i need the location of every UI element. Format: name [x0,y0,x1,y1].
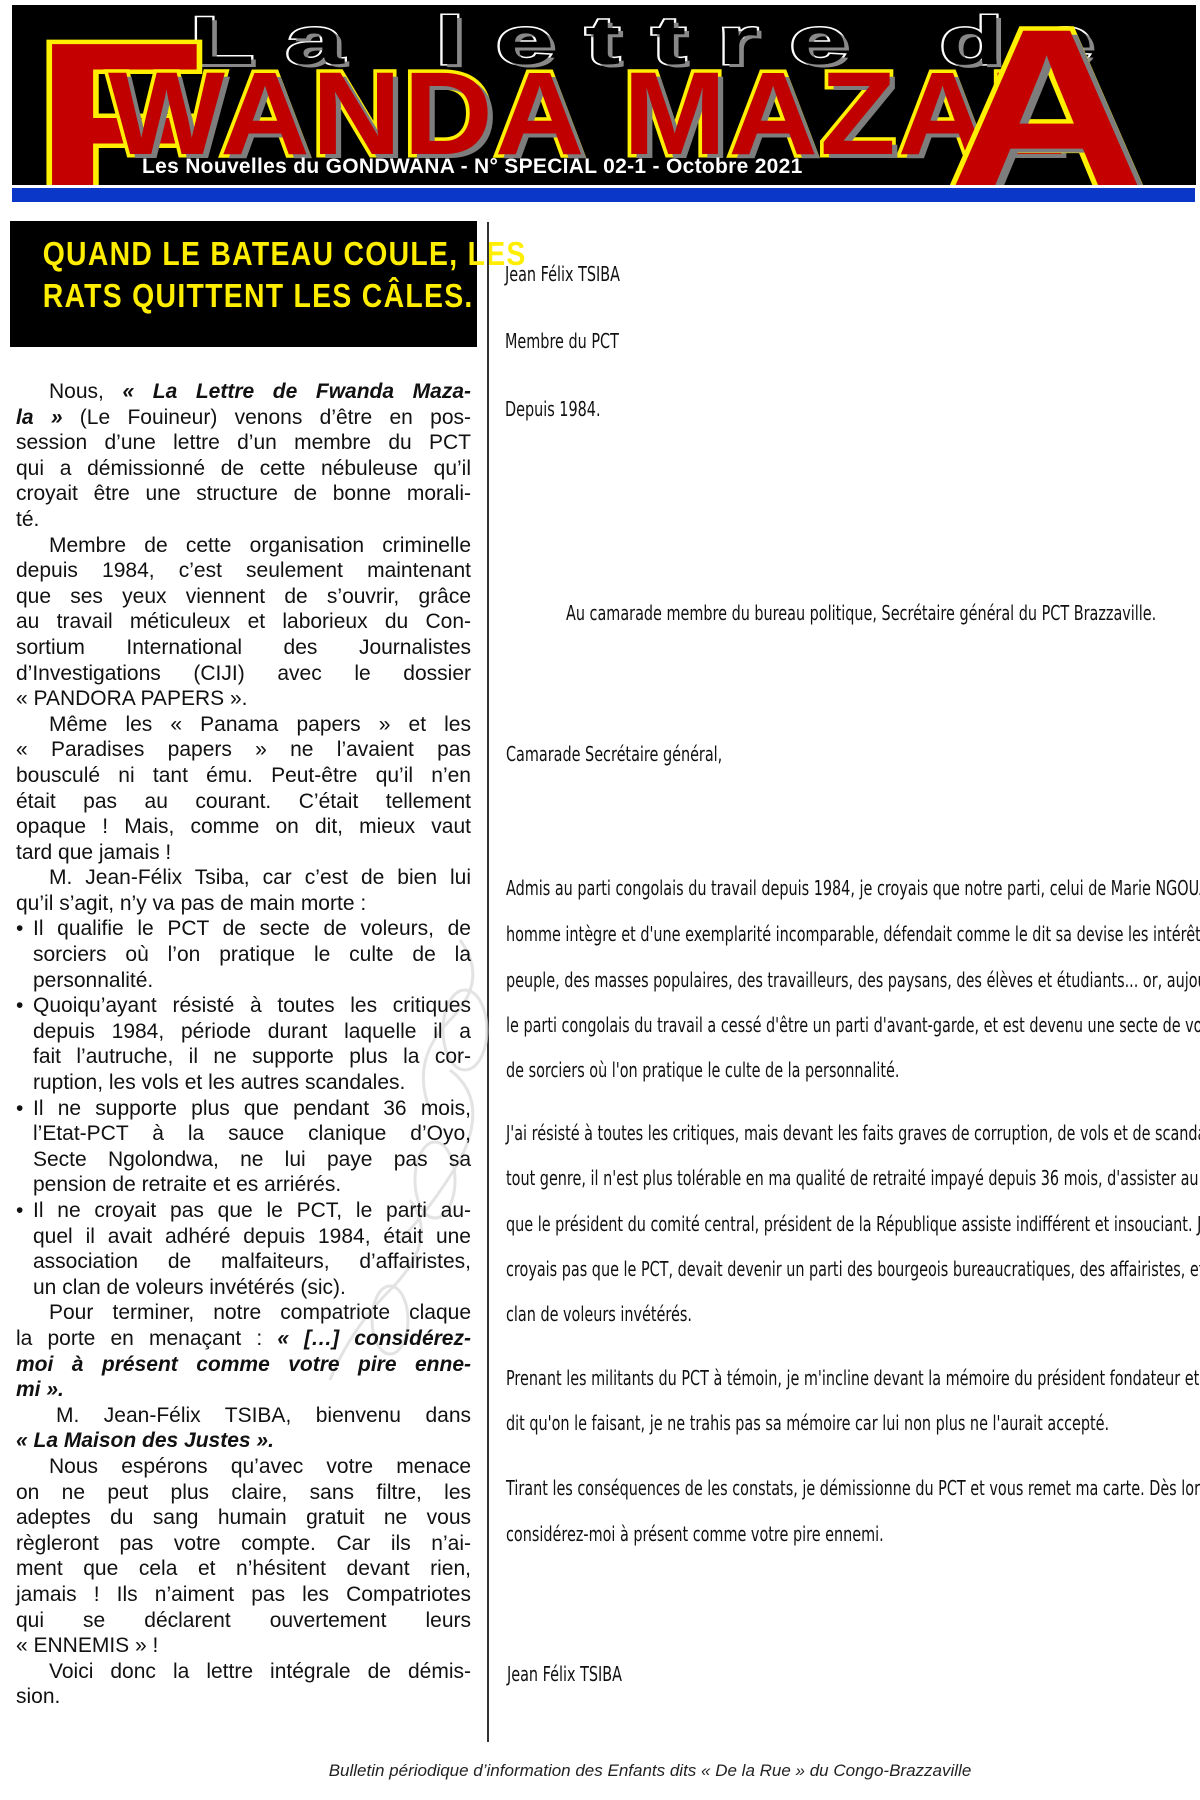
article-line: « La Maison des Justes ». [16,1428,471,1454]
article-text: au travail méticuleux et laborieux du Co… [16,610,471,633]
article-text: depuis 1984, période durant laquelle il … [33,1020,471,1043]
article-line: opaque ! Mais, comme on dit, mieux vaut [16,814,471,840]
letter-signature: Jean Félix TSIBA [507,1662,622,1686]
article-line: mi ». [16,1377,471,1403]
article-text: Il ne supporte plus que pendant 36 mois, [33,1097,471,1120]
article-text: sorciers où l’on pratique le culte de la [33,943,471,966]
article-line: qu’il s’agit, n’y va pas de main morte : [16,891,471,917]
article-text: Même les « Panama papers » et les [49,713,471,736]
bullet-list-item-line: •Il ne croyait pas que le PCT, le parti … [16,1198,471,1224]
article-line: personnalité. [16,968,471,994]
article-text: depuis 1984, c’est seulement maintenant [16,559,471,582]
article-text: Nous, [49,380,122,403]
article-text: « ENNEMIS » ! [16,1634,158,1657]
bullet-icon: • [16,916,23,942]
letter-line: dit qu'on le faisant, je ne trahis pas s… [506,1411,1109,1435]
article-text: pension de retraite et es arriérés. [33,1173,341,1196]
article-text: « PANDORA PAPERS ». [16,687,247,710]
article-line: pension de retraite et es arriérés. [16,1172,471,1198]
article-line: Voici donc la lettre intégrale de démis- [16,1659,471,1685]
article-line: qui se déclarent ouvertement leurs [16,1608,471,1634]
article-text: Voici donc la lettre intégrale de démis- [49,1660,471,1683]
article-line: Membre de cette organisation criminelle [16,533,471,559]
headline-line-1: Quand le bateau coule, les [43,233,445,275]
article-text: ruption, les vols et les autres scandale… [33,1071,405,1094]
masthead: La lettre de F WANDA MAZAL A Les Nouvell… [12,5,1196,185]
article-line: « Paradises papers » ne l’avaient pas [16,737,471,763]
article-text: jamais ! Ils n’aiment pas les Compatriot… [16,1583,471,1606]
article-text: association de malfaiteurs, d’affairiste… [33,1250,471,1273]
letter-sender-since: Depuis 1984. [505,397,601,421]
article-line: croyait être une structure de bonne mora… [16,481,471,507]
letter-recipient: Au camarade membre du bureau politique, … [566,601,1156,625]
article-line: tard que jamais ! [16,840,471,866]
article-line: Pour terminer, notre compatriote claque [16,1300,471,1326]
article-text: session d’une lettre d’un membre du PCT [16,431,471,454]
masthead-title-final: A [947,5,1146,185]
article-line: session d’une lettre d’un membre du PCT [16,430,471,456]
letter-salutation: Camarade Secrétaire général, [506,742,722,766]
article-text: « Paradises papers » ne l’avaient pas [16,738,471,761]
article-text: mi ». [16,1378,64,1401]
article-line: Nous espérons qu’avec votre menace [16,1454,471,1480]
article-text: Nous espérons qu’avec votre menace [49,1455,471,1478]
article-text: adeptes du sang humain gratuit ne vous [16,1506,471,1529]
bullet-list-item-line: •Il qualifie le PCT de secte de voleurs,… [16,916,471,942]
article-line: adeptes du sang humain gratuit ne vous [16,1505,471,1531]
article-text: sortium International des Journalistes [16,636,471,659]
headline-line-2: rats quittent les câles. [43,275,445,317]
article-line: association de malfaiteurs, d’affairiste… [16,1249,471,1275]
article-text: « La Maison des Justes ». [16,1429,274,1452]
article-line: té. [16,507,471,533]
article-line: que ses yeux viennent de s’ouvrir, grâce [16,584,471,610]
bullet-icon: • [16,993,23,1019]
article-text: M. Jean-Félix TSIBA, bienvenu dans [56,1404,471,1427]
article-text: la » [16,406,63,429]
article-line: « ENNEMIS » ! [16,1633,471,1659]
article-text: tard que jamais ! [16,841,171,864]
article-line: Nous, « La Lettre de Fwanda Maza- [16,379,471,405]
article-line: M. Jean-Félix TSIBA, bienvenu dans [16,1403,471,1429]
article-text: d’Investigations (CIJI) avec le dossier [16,662,471,685]
letter-line: homme intègre et d'une exemplarité incom… [506,922,1200,946]
masthead-blue-bar [12,188,1195,202]
bullet-list-item-line: •Quoiqu’ayant résisté à toutes les criti… [16,993,471,1019]
article-line: d’Investigations (CIJI) avec le dossier [16,661,471,687]
article-text: règleront pas votre compte. Car ils n’ai… [16,1532,471,1555]
article-line: sorciers où l’on pratique le culte de la [16,942,471,968]
letter-sender-role: Membre du PCT [505,329,619,353]
article-text: qu’il s’agit, n’y va pas de main morte : [16,892,366,915]
article-text: que ses yeux viennent de s’ouvrir, grâce [16,585,471,608]
letter-sender-name: Jean Félix TSIBA [505,262,620,286]
article-text: té. [16,508,39,531]
letter-line: le parti congolais du travail a cessé d'… [506,1013,1200,1037]
letter-line: que le président du comité central, prés… [506,1212,1200,1236]
article-line: un clan de voleurs invétérés (sic). [16,1275,471,1301]
article-text: était pas au courant. C’était tellement [16,790,471,813]
article-text: Il qualifie le PCT de secte de voleurs, … [33,917,471,940]
bullet-list-item-line: •Il ne supporte plus que pendant 36 mois… [16,1096,471,1122]
letter-line: Admis au parti congolais du travail depu… [506,876,1200,900]
article-line: au travail méticuleux et laborieux du Co… [16,609,471,635]
letter-line: J'ai résisté à toutes les critiques, mai… [506,1121,1200,1145]
article-line: Même les « Panama papers » et les [16,712,471,738]
article-line: l’Etat-PCT à la sauce clanique d’Oyo, [16,1121,471,1147]
article-text: Il ne croyait pas que le PCT, le parti a… [33,1199,471,1222]
article-line: depuis 1984, c’est seulement maintenant [16,558,471,584]
article-text: qui se déclarent ouvertement leurs [16,1609,471,1632]
article-line: M. Jean-Félix Tsiba, car c’est de bien l… [16,865,471,891]
article-line: quel il avait adhéré depuis 1984, était … [16,1224,471,1250]
letter-line: Tirant les conséquences de les constats,… [506,1476,1200,1500]
article-line: sortium International des Journalistes [16,635,471,661]
article-line: fait l’autruche, il ne supporte plus la … [16,1044,471,1070]
article-text: l’Etat-PCT à la sauce clanique d’Oyo, [33,1122,471,1145]
masthead-subtitle: Les Nouvelles du GONDWANA - N° SPECIAL 0… [142,155,803,179]
article-text: bousculé ni tant ému. Peut-être qu’il n’… [16,764,471,787]
article-text: Membre de cette organisation criminelle [49,534,471,557]
letter-line: tout genre, il n'est plus tolérable en m… [506,1166,1200,1190]
article-line: on ne peut plus claire, sans filtre, les [16,1480,471,1506]
article-text: la porte en menaçant : [16,1327,277,1350]
article-text: ment que cela et n’hésitent devant rien, [16,1557,471,1580]
bullet-icon: • [16,1198,23,1224]
letter-line: peuple, des masses populaires, des trava… [506,968,1200,992]
article-line: ruption, les vols et les autres scandale… [16,1070,471,1096]
article-text: sion. [16,1685,60,1708]
bullet-icon: • [16,1096,23,1122]
article-line: règleront pas votre compte. Car ils n’ai… [16,1531,471,1557]
article-text: qui a démissionné de cette nébuleuse qu’… [16,457,471,480]
letter-line: croyais pas que le PCT, devait devenir u… [506,1257,1200,1281]
letter-line: considérez-moi à présent comme votre pir… [506,1522,884,1546]
article-text: moi à présent comme votre pire enne- [16,1353,471,1376]
article-text: quel il avait adhéré depuis 1984, était … [33,1225,471,1248]
article-line: bousculé ni tant ému. Peut-être qu’il n’… [16,763,471,789]
article-text: on ne peut plus claire, sans filtre, les [16,1481,471,1504]
article-text: fait l’autruche, il ne supporte plus la … [33,1045,471,1068]
article-text: croyait être une structure de bonne mora… [16,482,471,505]
article-line: moi à présent comme votre pire enne- [16,1352,471,1378]
letter-line: Prenant les militants du PCT à témoin, j… [506,1366,1200,1390]
article-line: était pas au courant. C’était tellement [16,789,471,815]
article-line: depuis 1984, période durant laquelle il … [16,1019,471,1045]
article-line: « PANDORA PAPERS ». [16,686,471,712]
column-divider [487,222,489,1742]
article-text: Secte Ngolondwa, ne lui paye pas sa [33,1148,471,1171]
article-text: Pour terminer, notre compatriote claque [49,1301,471,1324]
letter-line: de sorciers où l'on pratique le culte de… [506,1058,899,1082]
article-text: M. Jean-Félix Tsiba, car c’est de bien l… [49,866,471,889]
article-line: la » (Le Fouineur) venons d’être en pos- [16,405,471,431]
article-text: opaque ! Mais, comme on dit, mieux vaut [16,815,471,838]
page-footer: Bulletin périodique d’information des En… [0,1761,1200,1781]
article-line: ment que cela et n’hésitent devant rien, [16,1556,471,1582]
headline-box: Quand le bateau coule, les rats quittent… [10,221,477,347]
article-text: (Le Fouineur) venons d’être en pos- [63,406,472,429]
article-body: Nous, « La Lettre de Fwanda Maza-la » (L… [16,379,471,1710]
letter-line: clan de voleurs invétérés. [506,1302,692,1326]
article-line: sion. [16,1684,471,1710]
article-text: un clan de voleurs invétérés (sic). [33,1276,346,1299]
article-text: Quoiqu’ayant résisté à toutes les critiq… [33,994,471,1017]
article-text: « La Lettre de Fwanda Maza- [122,380,471,403]
article-line: la porte en menaçant : « […] considérez- [16,1326,471,1352]
article-line: qui a démissionné de cette nébuleuse qu’… [16,456,471,482]
article-line: Secte Ngolondwa, ne lui paye pas sa [16,1147,471,1173]
article-text: personnalité. [33,969,153,992]
article-text: « […] considérez- [277,1327,471,1350]
article-line: jamais ! Ils n’aiment pas les Compatriot… [16,1582,471,1608]
